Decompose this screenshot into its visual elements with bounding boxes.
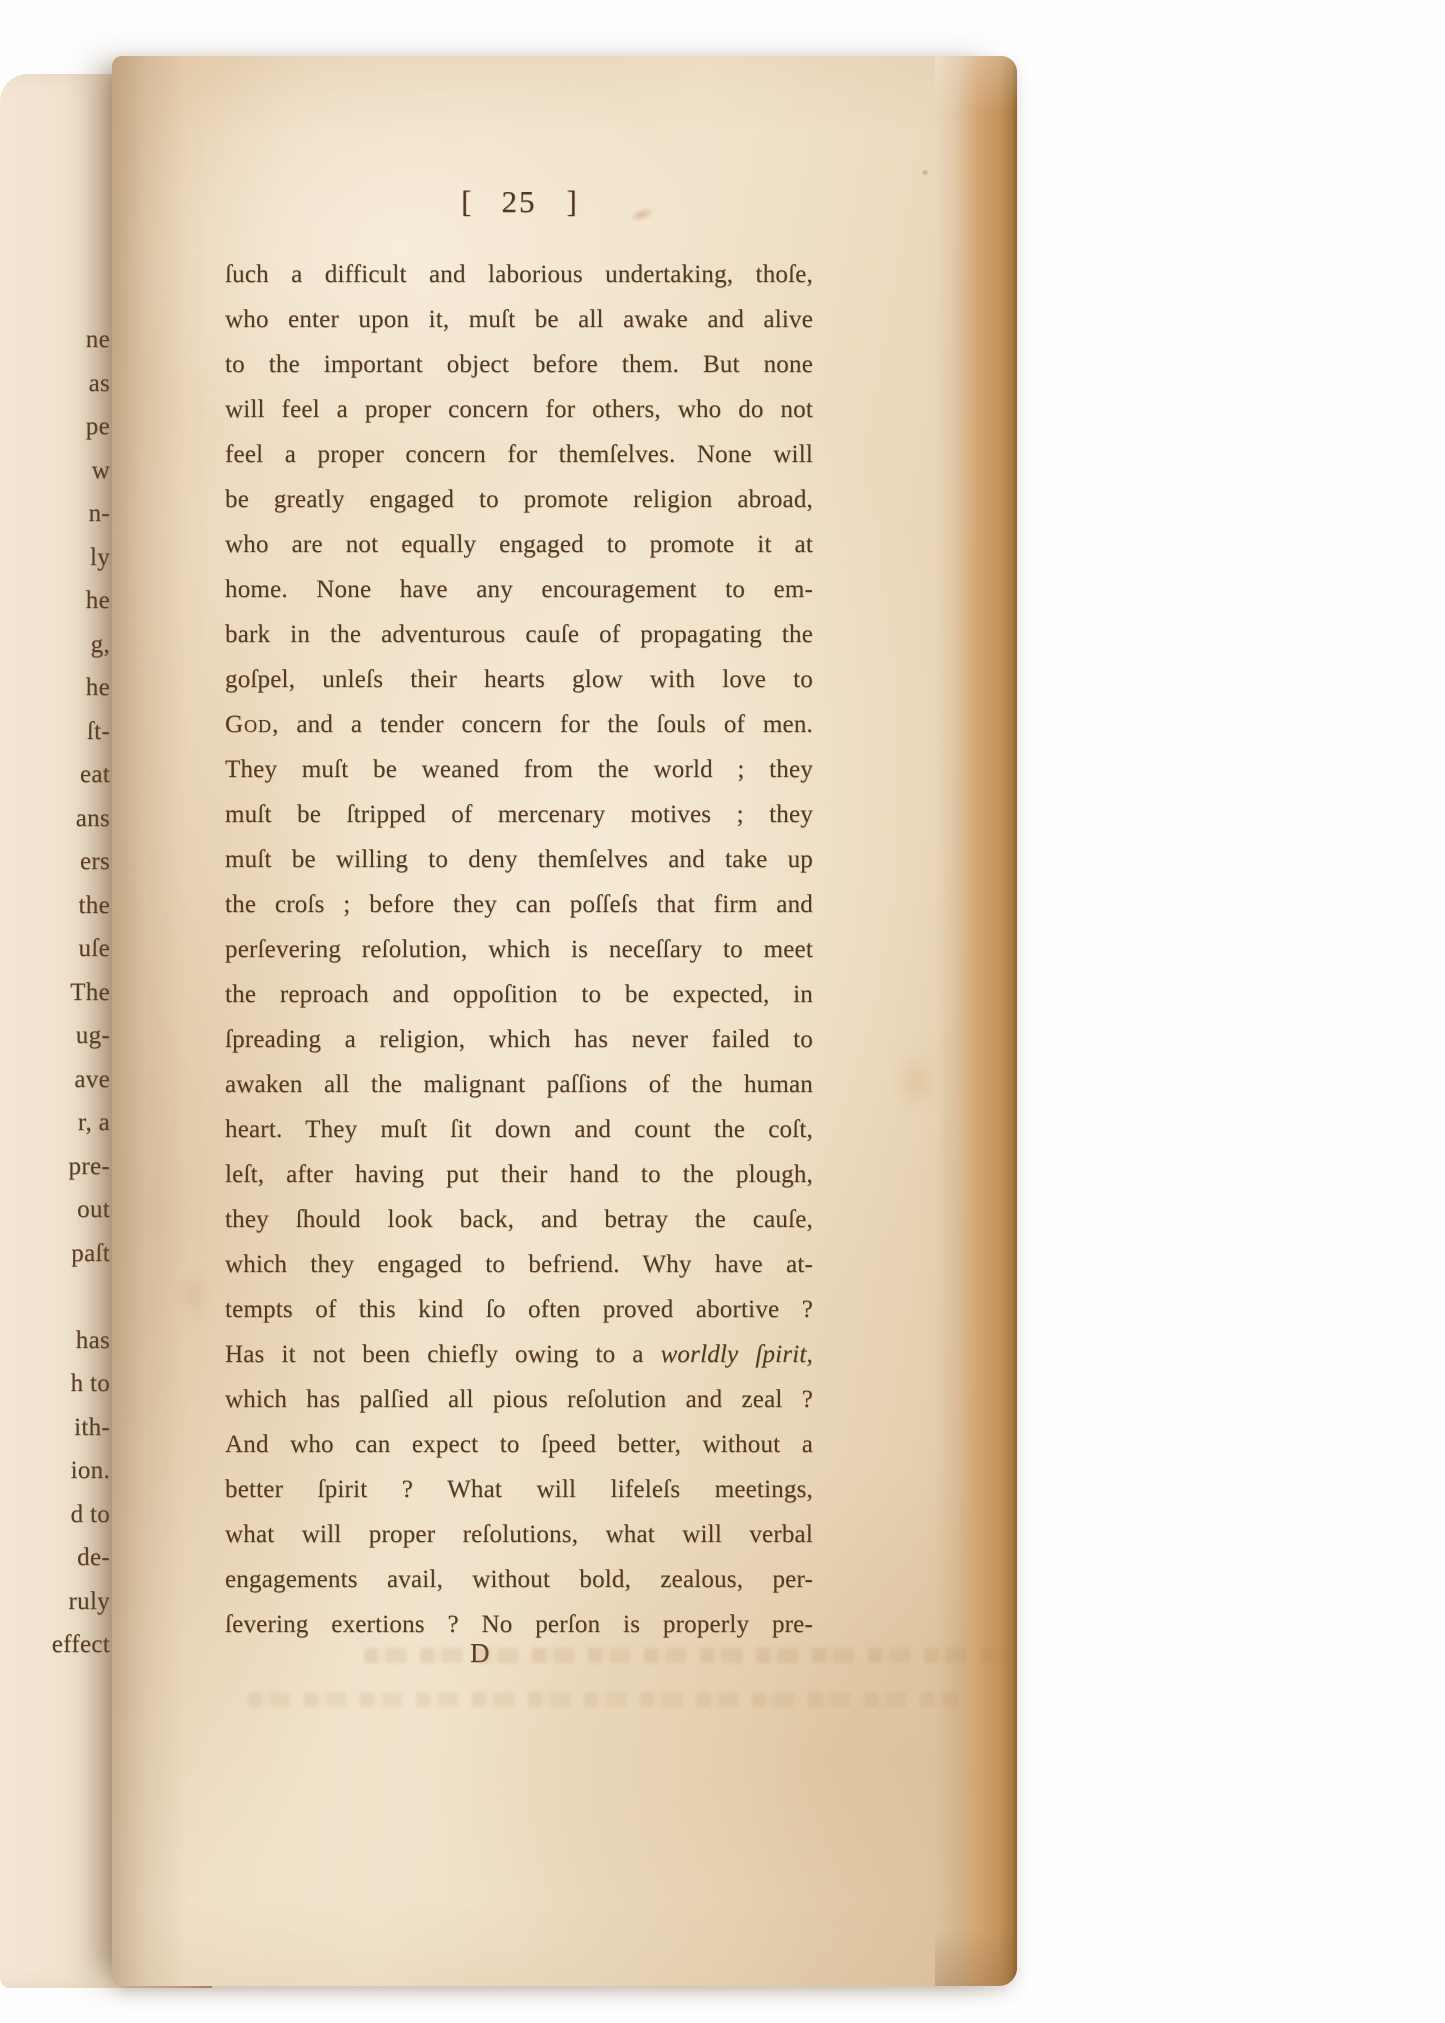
facing-page-fragment: ith-	[0, 1406, 110, 1450]
text-segment: muſt be ſtripped of mercenary motives ; …	[225, 801, 813, 828]
text-line: ſpreading a religion, which has never fa…	[225, 1017, 813, 1062]
text-segment: who enter upon it, muſt be all awake and…	[225, 306, 813, 333]
photo-background: neaspewn-lyheg,heſt-eatanserstheuſeTheug…	[0, 0, 1445, 2023]
text-segment: better ſpirit ? What will lifeleſs meeti…	[225, 1476, 813, 1503]
facing-page-fragment: the	[0, 884, 110, 928]
facing-page-fragment: effect	[0, 1623, 110, 1667]
body-text: ſuch a difficult and laborious undertaki…	[225, 252, 813, 1647]
text-line: who enter upon it, muſt be all awake and…	[225, 297, 813, 342]
facing-page-fragment: de-	[0, 1536, 110, 1580]
text-line: the croſs ; before they can poſſeſs that…	[225, 882, 813, 927]
facing-page-fragment: he	[0, 666, 110, 710]
text-line: feel a proper concern for themſelves. No…	[225, 432, 813, 477]
facing-page-fragment: he	[0, 579, 110, 623]
text-line: they ſhould look back, and betray the ca…	[225, 1197, 813, 1242]
facing-page-text-fragments: neaspewn-lyheg,heſt-eatanserstheuſeTheug…	[0, 318, 110, 1667]
facing-page-fragment: ruly	[0, 1580, 110, 1624]
text-line: muſt be ſtripped of mercenary motives ; …	[225, 792, 813, 837]
text-segment: muſt be willing to deny themſelves and t…	[225, 846, 813, 873]
text-line: awaken all the malignant paſſions of the…	[225, 1062, 813, 1107]
text-segment: perſevering reſolution, which is neceſſa…	[225, 936, 813, 963]
facing-page-fragment: The	[0, 971, 110, 1015]
text-segment: Has it not been chiefly owing to a	[225, 1341, 661, 1368]
facing-page-fragment: ers	[0, 840, 110, 884]
facing-page-fragment: r, a	[0, 1101, 110, 1145]
text-line: to the important object before them. But…	[225, 342, 813, 387]
facing-page-fragment: has	[0, 1319, 110, 1363]
text-segment: They muſt be weaned from the world ; the…	[225, 756, 813, 783]
facing-page-fragment: pre-	[0, 1145, 110, 1189]
text-segment: worldly ſpirit,	[661, 1341, 813, 1368]
text-line: home. None have any encouragement to em-	[225, 567, 813, 612]
text-segment: awaken all the malignant paſſions of the…	[225, 1071, 813, 1098]
text-segment: which they engaged to befriend. Why have…	[225, 1251, 813, 1278]
text-line: ſuch a difficult and laborious undertaki…	[225, 252, 813, 297]
text-segment: to the important object before them. But…	[225, 351, 813, 378]
show-through-bleed	[364, 1648, 1004, 1663]
book-page: [25] ſuch a difficult and laborious unde…	[112, 56, 1017, 1986]
text-line: They muſt be weaned from the world ; the…	[225, 747, 813, 792]
facing-page-fragment: uſe	[0, 927, 110, 971]
text-segment: ſevering exertions ? No perſon is proper…	[225, 1611, 813, 1638]
facing-page-fragment: paſt	[0, 1232, 110, 1276]
facing-page-fragment: h to	[0, 1362, 110, 1406]
facing-page-fragment: eat	[0, 753, 110, 797]
text-segment: ſuch a difficult and laborious undertaki…	[225, 261, 813, 288]
facing-page-fragment: ſt-	[0, 710, 110, 754]
text-segment: , and a tender concern for the ſouls of …	[272, 711, 813, 738]
page-number-header: [25]	[225, 184, 813, 220]
page-number: 25	[502, 184, 537, 219]
facing-page-fragment: g,	[0, 623, 110, 667]
text-line: will feel a proper concern for others, w…	[225, 387, 813, 432]
right-bracket: ]	[567, 184, 577, 219]
text-line: muſt be willing to deny themſelves and t…	[225, 837, 813, 882]
facing-page-fragment: ans	[0, 797, 110, 841]
facing-page-fragment: d to	[0, 1493, 110, 1537]
paper-stain	[890, 1041, 942, 1121]
text-segment: tempts of this kind ſo often proved abor…	[225, 1296, 813, 1323]
text-segment: they ſhould look back, and betray the ca…	[225, 1206, 813, 1233]
text-segment: feel a proper concern for themſelves. No…	[225, 441, 813, 468]
text-segment: ſpreading a religion, which has never fa…	[225, 1026, 813, 1053]
facing-page-fragment: ave	[0, 1058, 110, 1102]
paper-stain	[920, 168, 930, 177]
text-segment: be greatly engaged to promote religion a…	[225, 486, 813, 513]
text-segment: who are not equally engaged to promote i…	[225, 531, 813, 558]
gutter-shadow	[112, 56, 186, 1986]
facing-page-fragment	[0, 1275, 110, 1319]
text-line: tempts of this kind ſo often proved abor…	[225, 1287, 813, 1332]
text-line: who are not equally engaged to promote i…	[225, 522, 813, 567]
facing-page-fragment: as	[0, 362, 110, 406]
paper-stain	[182, 1266, 208, 1326]
show-through-bleed	[248, 1692, 958, 1707]
text-line: God, and a tender concern for the ſouls …	[225, 702, 813, 747]
text-line: be greatly engaged to promote religion a…	[225, 477, 813, 522]
text-segment: engagements avail, without bold, zealous…	[225, 1566, 813, 1593]
text-line: the reproach and oppoſition to be expect…	[225, 972, 813, 1017]
text-segment: the croſs ; before they can poſſeſs that…	[225, 891, 813, 918]
text-line: perſevering reſolution, which is neceſſa…	[225, 927, 813, 972]
text-line: which they engaged to befriend. Why have…	[225, 1242, 813, 1287]
text-line: Has it not been chiefly owing to a world…	[225, 1332, 813, 1377]
text-segment: which has palſied all pious reſolution a…	[225, 1386, 813, 1413]
text-line: heart. They muſt ſit down and count the …	[225, 1107, 813, 1152]
text-line: what will proper reſolutions, what will …	[225, 1512, 813, 1557]
facing-page-fragment: ly	[0, 536, 110, 580]
text-line: goſpel, unleſs their hearts glow with lo…	[225, 657, 813, 702]
facing-page-fragment: ug-	[0, 1014, 110, 1058]
text-line: And who can expect to ſpeed better, with…	[225, 1422, 813, 1467]
text-segment: goſpel, unleſs their hearts glow with lo…	[225, 666, 813, 693]
text-segment: And who can expect to ſpeed better, with…	[225, 1431, 813, 1458]
facing-page-fragment: pe	[0, 405, 110, 449]
facing-page-fragment: w	[0, 449, 110, 493]
text-segment: what will proper reſolutions, what will …	[225, 1521, 813, 1548]
text-segment: the reproach and oppoſition to be expect…	[225, 981, 813, 1008]
text-line: ſevering exertions ? No perſon is proper…	[225, 1602, 813, 1647]
text-line: bark in the adventurous cauſe of propaga…	[225, 612, 813, 657]
text-line: engagements avail, without bold, zealous…	[225, 1557, 813, 1602]
facing-page-fragment: n-	[0, 492, 110, 536]
text-segment: will feel a proper concern for others, w…	[225, 396, 813, 423]
text-segment: bark in the adventurous cauſe of propaga…	[225, 621, 813, 648]
text-line: better ſpirit ? What will lifeleſs meeti…	[225, 1467, 813, 1512]
text-segment: home. None have any encouragement to em-	[225, 576, 813, 603]
facing-page-fragment: ion.	[0, 1449, 110, 1493]
facing-page-fragment: out	[0, 1188, 110, 1232]
facing-page-fragment: ne	[0, 318, 110, 362]
text-segment: heart. They muſt ſit down and count the …	[225, 1116, 813, 1143]
left-bracket: [	[461, 184, 471, 219]
text-segment: God	[225, 711, 272, 738]
text-line: leſt, after having put their hand to the…	[225, 1152, 813, 1197]
text-segment: leſt, after having put their hand to the…	[225, 1161, 813, 1188]
text-line: which has palſied all pious reſolution a…	[225, 1377, 813, 1422]
